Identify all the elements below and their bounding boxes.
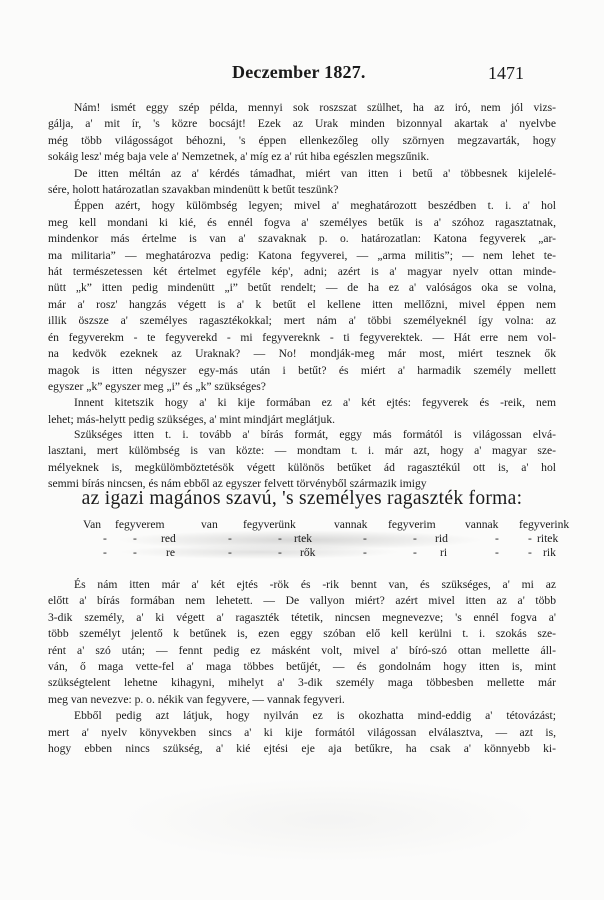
text-line: Szükséges itten t. i. tovább a' bírás fo… — [48, 427, 556, 443]
page-number: 1471 — [488, 63, 524, 84]
table-cell: fegyverim — [388, 518, 436, 532]
running-header: Deczember 1827. 1471 — [0, 62, 604, 86]
table-cell: vannak — [334, 518, 367, 532]
table-cell: - — [413, 532, 417, 546]
text-line: Nám! ismét eggy szép példa, mennyi sok r… — [48, 100, 556, 116]
text-line: hát természetessen két értelmet egyféle … — [48, 264, 556, 280]
text-line: illik öszsze a' személyes ragasztékokkal… — [48, 313, 556, 329]
text-line: ma militaria” — meghatározva pedig: Kato… — [48, 248, 556, 264]
table-cell: rtek — [294, 532, 312, 546]
text-line: Ebből pedig azt látjuk, hogy nyilván ez … — [48, 708, 556, 724]
table-cell: red — [161, 532, 176, 546]
text-line: És nám itten már a' két ejtés -rök és -r… — [48, 577, 556, 593]
text-block-2: Szükséges itten t. i. tovább a' bírás fo… — [48, 427, 556, 493]
table-cell: rid — [435, 532, 448, 546]
text-line: szükségtelent lehetne kihagyni, mihelyt … — [48, 675, 556, 691]
text-line: már a' rosz' hangzás végett is a' k betű… — [48, 297, 556, 313]
table-cell: - — [133, 546, 137, 560]
table-cell: ritek — [537, 532, 558, 546]
text-line: mindenkor más értelme is van a' szavakna… — [48, 231, 556, 247]
paradigm-table: Van fegyverem van fegyverünk vannak fegy… — [83, 518, 557, 560]
text-line: egyszer „k” egyszer meg „i” és „k” szüks… — [48, 379, 556, 395]
text-line: De itten méltán az a' kérdés támadhat, m… — [48, 166, 556, 182]
table-cell: - — [278, 546, 282, 560]
text-line: nütt „k” itten pedig mindenütt „i” betűt… — [48, 280, 556, 296]
table-cell: fegyverünk — [243, 518, 296, 532]
table-cell: rik — [543, 546, 556, 560]
table-cell: fegyverink — [519, 518, 569, 532]
table-cell: - — [528, 546, 532, 560]
text-line: lasztani, mert külömbség is van közte: —… — [48, 443, 556, 459]
text-block-1: Nám! ismét eggy szép példa, mennyi sok r… — [48, 100, 556, 428]
table-cell: - — [363, 546, 367, 560]
table-cell: - — [103, 546, 107, 560]
table-cell: - — [228, 546, 232, 560]
table-cell: rők — [300, 546, 315, 560]
table-cell: - — [228, 532, 232, 546]
text-line: Innent kitetszik hogy a' ki kije formába… — [48, 395, 556, 411]
table-cell: fegyverem — [115, 518, 165, 532]
text-block-3: És nám itten már a' két ejtés -rök és -r… — [48, 577, 556, 757]
table-cell: - — [278, 532, 282, 546]
text-line: gálja, a' mit ír, 's közre bocsájt! Ezek… — [48, 116, 556, 132]
table-cell: - — [363, 532, 367, 546]
table-cell: - — [413, 546, 417, 560]
table-cell: van — [201, 518, 218, 532]
table-row: Van fegyverem van fegyverünk vannak fegy… — [83, 518, 557, 532]
table-cell: - — [495, 532, 499, 546]
text-line: meg van nevezve: p. o. nékik van fegyver… — [48, 692, 556, 708]
table-cell: - — [495, 546, 499, 560]
table-row: - - red - - rtek - - rid - - ritek — [83, 532, 557, 546]
text-line: lehet; más-helytt pedig szükséges, a' mi… — [48, 412, 556, 428]
table-cell: - — [103, 532, 107, 546]
header-title: Deczember 1827. — [232, 62, 366, 83]
table-row: - - re - - rők - - ri - - rik — [83, 546, 557, 560]
text-line: még több világosságot béhozni, 's éppen … — [48, 133, 556, 149]
table-cell: ri — [440, 546, 447, 560]
text-line: mélyeknek is, megkülömböztetésök végett … — [48, 460, 556, 476]
text-line: több személyt jelentő k betűnek is, ezen… — [48, 626, 556, 642]
text-line: Éppen azért, hogy külömbség legyen; mive… — [48, 198, 556, 214]
text-line: mert a' nyelv könyvekben sincs a' ki kij… — [48, 725, 556, 741]
text-line: én fegyverekm - te fegyverekd - mi fegyv… — [48, 330, 556, 346]
scanned-page: Deczember 1827. 1471 Nám! ismét eggy szé… — [0, 0, 604, 900]
text-line: magok is itten négyszer egy-más után i b… — [48, 363, 556, 379]
text-line: sokáig lesz' még baja vele a' Nemzetnek,… — [48, 149, 556, 165]
text-line: na kedvök ezeknek az Uraknak? — No! mond… — [48, 346, 556, 362]
table-cell: vannak — [465, 518, 498, 532]
table-cell: Van — [83, 518, 101, 532]
table-cell: - — [528, 532, 532, 546]
table-cell: re — [166, 546, 175, 560]
text-line: rént a' szó után; — fennt pedig ez máské… — [48, 643, 556, 659]
text-line: ván, ő maga vette-fel a' maga többes bet… — [48, 659, 556, 675]
text-line: 3-dik személy, a' ki végett a' ragaszték… — [48, 610, 556, 626]
text-line: előtt a' bírás formában nem lehetett. — … — [48, 593, 556, 609]
text-line: meg kell mondani ki kié, és ennél fogva … — [48, 215, 556, 231]
table-cell: - — [133, 532, 137, 546]
section-heading: az igazi magános szavú, 's személyes rag… — [0, 488, 604, 510]
text-line: sére, holott határozatlan szavakban mind… — [48, 182, 556, 198]
text-line: hogy ebben nincs szükség, a' kié ejtési … — [48, 741, 556, 757]
